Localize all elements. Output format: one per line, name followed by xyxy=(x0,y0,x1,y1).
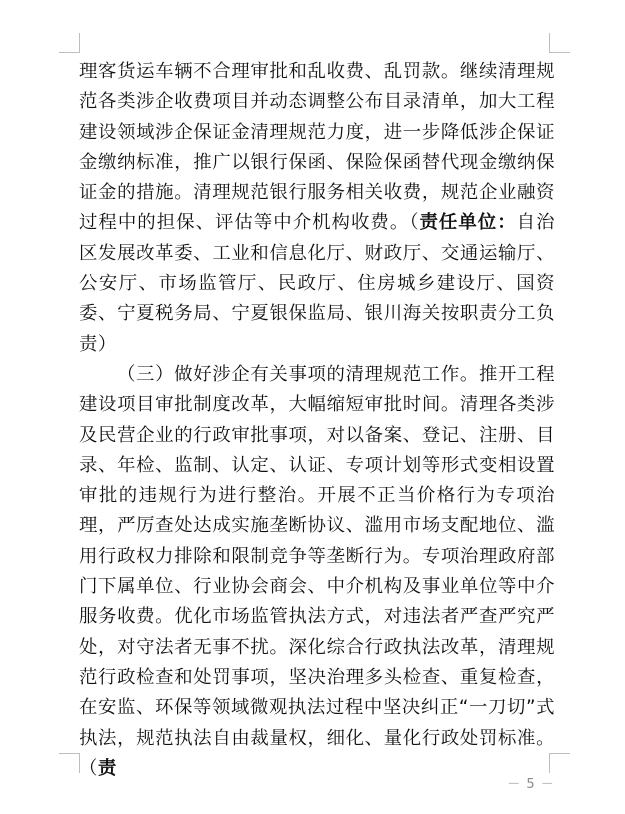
responsible-units-list: 自治区发展改革委、工业和信息化厅、财政厅、交通运输厅、公安厅、市场监管厅、民政厅… xyxy=(79,212,555,354)
crop-mark-top-right xyxy=(549,33,570,53)
document-page: 理客货运车辆不合理审批和乱收费、乱罚款。继续清理规范各类涉企收费项目并动态调整公… xyxy=(0,0,625,814)
responsible-units-label: 责任单位： xyxy=(420,212,517,233)
paragraph-1: 理客货运车辆不合理审批和乱收费、乱罚款。继续清理规范各类涉企收费项目并动态调整公… xyxy=(79,57,555,360)
crop-mark-top-left xyxy=(59,33,80,53)
paragraph-2-text: 推开工程建设项目审批制度改革，大幅缩短审批时间。清理各类涉及民营企业的行政审批事… xyxy=(79,364,555,779)
document-body: 理客货运车辆不合理审批和乱收费、乱罚款。继续清理规范各类涉企收费项目并动态调整公… xyxy=(79,57,555,784)
page-number: － 5 － xyxy=(505,773,557,792)
paragraph-2: （三）做好涉企有关事项的清理规范工作。推开工程建设项目审批制度改革，大幅缩短审批… xyxy=(79,360,555,784)
crop-mark-bottom-left xyxy=(59,753,80,773)
responsible-label-start: 责 xyxy=(98,758,117,779)
section-heading: （三）做好涉企有关事项的清理规范工作。 xyxy=(117,364,479,385)
paragraph-1-text: 理客货运车辆不合理审批和乱收费、乱罚款。继续清理规范各类涉企收费项目并动态调整公… xyxy=(79,61,555,233)
